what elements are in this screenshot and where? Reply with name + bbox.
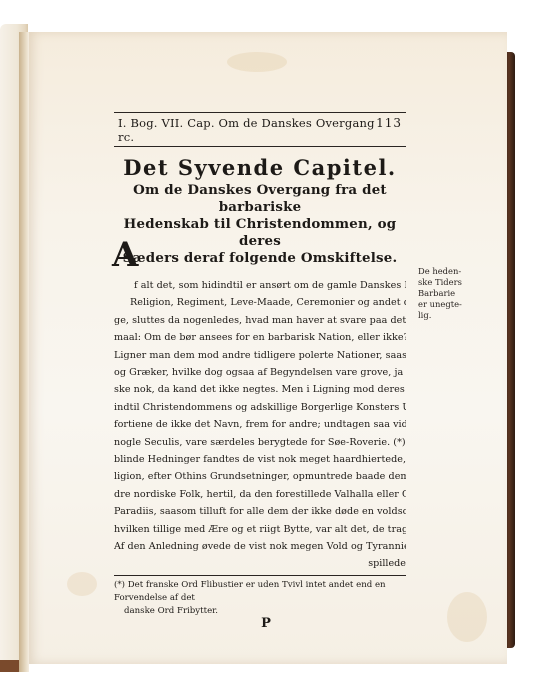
catchword: spillede — [114, 556, 406, 571]
body-line: og Græker, hvilke dog ogsaa af Begyndels… — [114, 364, 406, 381]
subtitle-line: Hedenskab til Christendommen, og deres — [114, 216, 406, 250]
body-line: Ligner man dem mod andre tidligere poler… — [114, 347, 406, 364]
marginal-note: De heden- ske Tiders Barbarie er unegte-… — [418, 266, 476, 321]
body-line: dre nordiske Folk, hertil, da den forest… — [114, 486, 406, 503]
body-line: ske nok, da kand det ikke negtes. Men i … — [114, 381, 406, 398]
marginal-note-line: De heden- — [418, 266, 476, 277]
subtitle-line: Om de Danskes Overgang fra det barbarisk… — [114, 182, 406, 216]
marginal-note-line: Barbarie — [418, 288, 476, 299]
body-line: Af den Anledning øvede de vist nok megen… — [114, 538, 406, 555]
body-line: hvilken tillige med Ære og et riigt Bytt… — [114, 521, 406, 538]
foxing-stain — [227, 52, 287, 72]
footnote-rule — [114, 575, 406, 576]
chapter-subtitle: Om de Danskes Overgang fra det barbarisk… — [114, 182, 406, 267]
chapter-title: Det Syvende Capitel. — [114, 155, 406, 180]
page-content: I. Bog. VII. Cap. Om de Danskes Overgang… — [114, 112, 406, 631]
foxing-stain — [447, 592, 487, 642]
body-line: Religion, Regiment, Leve-Maade, Ceremoni… — [114, 294, 406, 311]
running-head-title: I. Bog. VII. Cap. Om de Danskes Overgang… — [118, 116, 376, 144]
foxing-stain — [67, 572, 97, 596]
marginal-note-line: lig. — [418, 310, 476, 321]
footnote-line: (*) Det franske Ord Flibustier er uden T… — [114, 579, 406, 605]
body-line: nogle Seculis, vare særdeles berygtede f… — [114, 434, 406, 451]
footnote: (*) Det franske Ord Flibustier er uden T… — [114, 579, 406, 618]
body-line: fortiene de ikke det Navn, frem for andr… — [114, 416, 406, 433]
marginal-note-line: ske Tiders — [418, 277, 476, 288]
running-head: I. Bog. VII. Cap. Om de Danskes Overgang… — [114, 113, 406, 146]
body-line: indtil Christendommens og adskillige Bor… — [114, 399, 406, 416]
marginal-note-line: er unegte- — [418, 299, 476, 310]
subtitle-line: Sæders deraf folgende Omskiftelse. — [114, 250, 406, 267]
body-line: ge, sluttes da nogenledes, hvad man have… — [114, 312, 406, 329]
body-text: f alt det, som hidindtil er ansørt om de… — [114, 277, 406, 556]
signature-mark: P — [114, 616, 406, 631]
page-number: 113 — [376, 116, 402, 130]
gutter-shadow — [19, 32, 29, 672]
body-line: Paradiis, saasom tilluft for alle dem de… — [114, 503, 406, 520]
body-line: blinde Hedninger fandtes de vist nok meg… — [114, 451, 406, 468]
header-rule-bottom — [114, 146, 406, 147]
body-line: f alt det, som hidindtil er ansørt om de… — [114, 277, 406, 294]
body-line: ligion, efter Othins Grundsetninger, opm… — [114, 468, 406, 485]
drop-cap: A — [112, 238, 138, 272]
body-line: maal: Om de bør anseeѕ for en barbarisk … — [114, 329, 406, 346]
